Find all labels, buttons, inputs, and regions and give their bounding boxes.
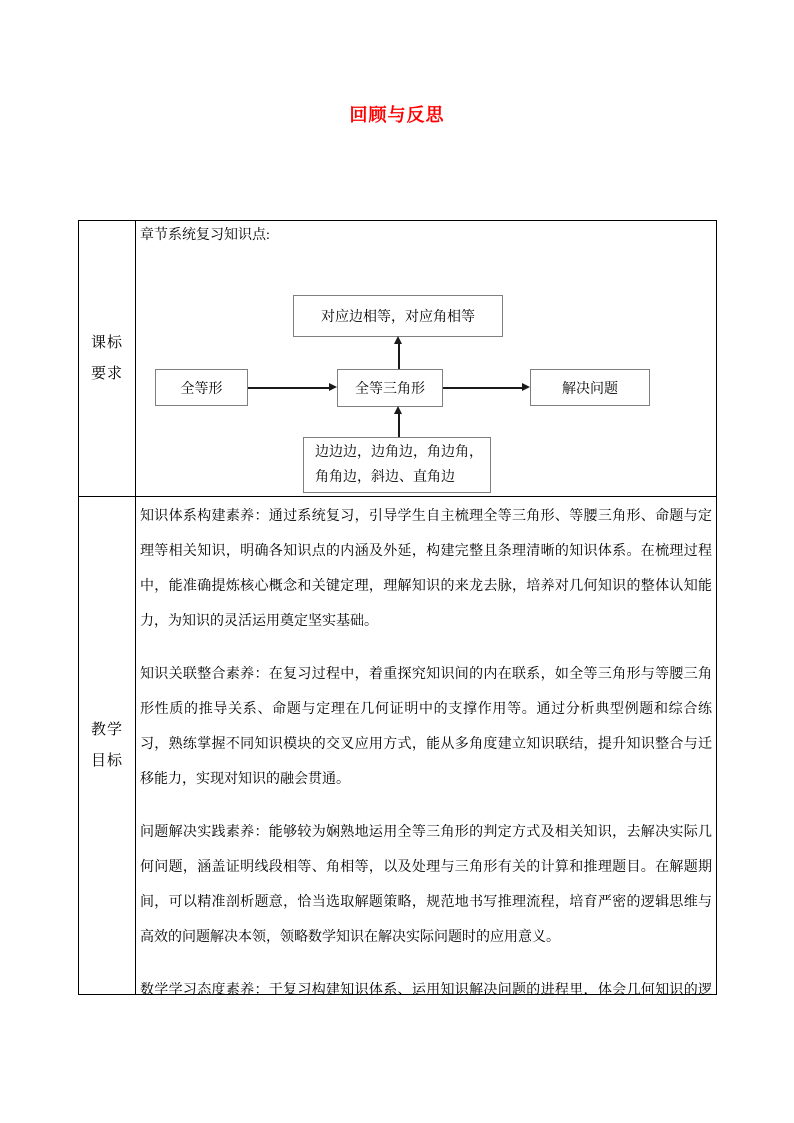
- criteria-line2: 角角边，斜边、直角边: [315, 465, 455, 490]
- arrow-line-triangles-to-solve: [443, 387, 523, 389]
- knowledge-points-heading: 章节系统复习知识点:: [140, 224, 270, 244]
- arrow-line-triangles-to-properties: [398, 343, 400, 369]
- row-header-line2: 要求: [91, 359, 123, 390]
- flowchart-node-congruent-figures: 全等形: [155, 369, 248, 406]
- arrow-head-right-icon: [329, 383, 337, 391]
- row-header-teaching-objectives: 教学 目标: [79, 497, 136, 994]
- criteria-line1: 边边边，边角边，角边角，: [315, 440, 483, 465]
- row-header-line2: 目标: [91, 746, 123, 777]
- row-header-line1: 教学: [91, 715, 123, 746]
- lesson-plan-table: 课标 要求 章节系统复习知识点: 对应边相等，对应角相等 全等形 全等三角形 解…: [78, 220, 717, 995]
- objective-paragraph-knowledge-integration: 知识关联整合素养：在复习过程中，着重探究知识间的内在联系，如全等三角形与等腰三角…: [140, 657, 712, 797]
- curriculum-standards-cell: 章节系统复习知识点: 对应边相等，对应角相等 全等形 全等三角形 解决问题 边边…: [136, 221, 716, 496]
- arrow-line-criteria-to-triangles: [398, 413, 400, 437]
- row-header-curriculum-standards: 课标 要求: [79, 221, 136, 496]
- objective-paragraph-learning-attitude: 数学学习态度素养：于复习构建知识体系、运用知识解决问题的进程里，体会几何知识的逻…: [140, 973, 712, 994]
- teaching-objectives-cell: 知识体系构建素养：通过系统复习，引导学生自主梳理全等三角形、等腰三角形、命题与定…: [136, 497, 716, 994]
- table-row-curriculum-standards: 课标 要求 章节系统复习知识点: 对应边相等，对应角相等 全等形 全等三角形 解…: [79, 221, 716, 497]
- arrow-head-up-icon: [394, 336, 402, 344]
- objective-paragraph-problem-solving: 问题解决实践素养：能够较为娴熟地运用全等三角形的判定方式及相关知识，去解决实际几…: [140, 815, 712, 955]
- arrow-head-right-icon: [522, 383, 530, 391]
- document-page: 回顾与反思 课标 要求 章节系统复习知识点: 对应边相等，对应角相等 全等形 全…: [0, 0, 794, 1123]
- table-row-teaching-objectives: 教学 目标 知识体系构建素养：通过系统复习，引导学生自主梳理全等三角形、等腰三角…: [79, 497, 716, 994]
- objective-paragraph-knowledge-system: 知识体系构建素养：通过系统复习，引导学生自主梳理全等三角形、等腰三角形、命题与定…: [140, 499, 712, 639]
- flowchart-node-solve-problems: 解决问题: [530, 369, 650, 406]
- row-header-line1: 课标: [91, 328, 123, 359]
- arrow-line-figures-to-triangles: [248, 387, 331, 389]
- flowchart-node-congruence-criteria: 边边边，边角边，角边角， 角角边，斜边、直角边: [303, 437, 491, 493]
- document-title: 回顾与反思: [0, 101, 794, 127]
- flowchart-node-corresponding-equal: 对应边相等，对应角相等: [293, 295, 503, 337]
- flowchart-node-congruent-triangles: 全等三角形: [337, 369, 443, 407]
- arrow-head-up-icon: [394, 406, 402, 414]
